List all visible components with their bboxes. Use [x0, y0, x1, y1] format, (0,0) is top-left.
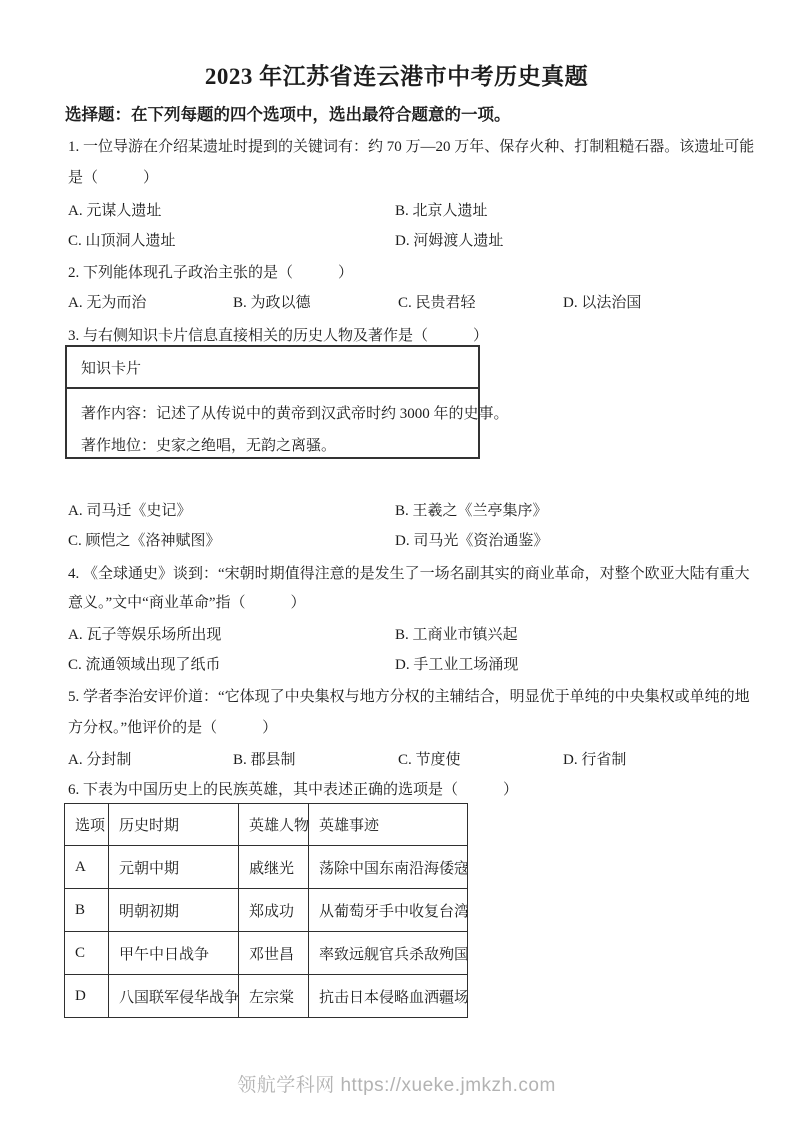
question-4-option-d: D. 手工业工场涌现	[395, 655, 518, 675]
question-5-option-a: A. 分封制	[68, 750, 131, 770]
question-2-option-d: D. 以法治国	[563, 293, 641, 313]
site-watermark: 领航学科网 https://xueke.jmkzh.com	[0, 1070, 793, 1097]
heroes-table-header-option: 选项	[65, 804, 109, 846]
question-1-option-d: D. 河姆渡人遗址	[395, 231, 503, 251]
table-cell: 明朝初期	[109, 889, 239, 932]
table-cell: 左宗棠	[239, 975, 309, 1018]
question-1-text-line-2: 是（ ）	[68, 168, 158, 188]
knowledge-card-title: 知识卡片	[67, 347, 478, 389]
knowledge-card: 知识卡片 著作内容：记述了从传说中的黄帝到汉武帝时约 3000 年的史事。 著作…	[65, 345, 480, 459]
exam-page: 2023 年江苏省连云港市中考历史真题 选择题：在下列每题的四个选项中，选出最符…	[0, 0, 793, 1122]
heroes-table-header-row: 选项 历史时期 英雄人物 英雄事迹	[65, 804, 468, 846]
heroes-table-row-a: A 元朝中期 戚继光 荡除中国东南沿海倭寇	[65, 846, 468, 889]
table-cell: 从葡萄牙手中收复台湾	[309, 889, 468, 932]
knowledge-card-status-line: 著作地位：史家之绝唱，无韵之离骚。	[81, 430, 464, 462]
question-5-text-line-2: 方分权。”他评价的是（ ）	[68, 718, 277, 738]
table-cell: 率致远舰官兵杀敌殉国	[309, 932, 468, 975]
table-cell: 邓世昌	[239, 932, 309, 975]
question-5-option-b: B. 郡县制	[233, 750, 296, 770]
heroes-table-header-hero: 英雄人物	[239, 804, 309, 846]
table-cell: C	[65, 932, 109, 975]
question-4-text-line-1: 4. 《全球通史》谈到：“宋朝时期值得注意的是发生了一场名副其实的商业革命，对整…	[68, 564, 750, 584]
question-5-option-c: C. 节度使	[398, 750, 461, 770]
table-cell: 抗击日本侵略血洒疆场	[309, 975, 468, 1018]
section-instruction: 选择题：在下列每题的四个选项中，选出最符合题意的一项。	[65, 101, 511, 125]
question-1-option-c: C. 山顶洞人遗址	[68, 231, 176, 251]
question-3-option-d: D. 司马光《资治通鉴》	[395, 531, 548, 551]
heroes-table-header-period: 历史时期	[109, 804, 239, 846]
question-1-option-b: B. 北京人遗址	[395, 201, 488, 221]
heroes-table-row-d: D 八国联军侵华战争 左宗棠 抗击日本侵略血洒疆场	[65, 975, 468, 1018]
question-5-option-d: D. 行省制	[563, 750, 626, 770]
table-cell: 荡除中国东南沿海倭寇	[309, 846, 468, 889]
knowledge-card-content-line: 著作内容：记述了从传说中的黄帝到汉武帝时约 3000 年的史事。	[81, 398, 464, 430]
knowledge-card-body: 著作内容：记述了从传说中的黄帝到汉武帝时约 3000 年的史事。 著作地位：史家…	[67, 389, 478, 462]
question-3-text: 3. 与右侧知识卡片信息直接相关的历史人物及著作是（ ）	[68, 326, 488, 346]
question-4-text-line-2: 意义。”文中“商业革命”指（ ）	[68, 593, 305, 613]
table-cell: 郑成功	[239, 889, 309, 932]
table-cell: 八国联军侵华战争	[109, 975, 239, 1018]
question-6-text: 6. 下表为中国历史上的民族英雄，其中表述正确的选项是（ ）	[68, 780, 518, 800]
question-3-option-a: A. 司马迁《史记》	[68, 501, 191, 521]
heroes-table: 选项 历史时期 英雄人物 英雄事迹 A 元朝中期 戚继光 荡除中国东南沿海倭寇 …	[64, 803, 468, 1018]
question-1-text-line-1: 1. 一位导游在介绍某遗址时提到的关键词有：约 70 万—20 万年、保存火种、…	[68, 137, 754, 157]
table-cell: B	[65, 889, 109, 932]
question-2-option-b: B. 为政以德	[233, 293, 311, 313]
table-cell: A	[65, 846, 109, 889]
question-2-option-a: A. 无为而治	[68, 293, 146, 313]
table-cell: 戚继光	[239, 846, 309, 889]
table-cell: D	[65, 975, 109, 1018]
question-1-option-a: A. 元谋人遗址	[68, 201, 161, 221]
question-4-option-b: B. 工商业市镇兴起	[395, 625, 518, 645]
table-cell: 元朝中期	[109, 846, 239, 889]
question-4-option-c: C. 流通领域出现了纸币	[68, 655, 221, 675]
question-3-option-b: B. 王羲之《兰亭集序》	[395, 501, 548, 521]
heroes-table-row-b: B 明朝初期 郑成功 从葡萄牙手中收复台湾	[65, 889, 468, 932]
question-2-text: 2. 下列能体现孔子政治主张的是（ ）	[68, 263, 353, 283]
heroes-table-row-c: C 甲午中日战争 邓世昌 率致远舰官兵杀敌殉国	[65, 932, 468, 975]
question-4-option-a: A. 瓦子等娱乐场所出现	[68, 625, 221, 645]
page-title: 2023 年江苏省连云港市中考历史真题	[0, 58, 793, 91]
question-2-option-c: C. 民贵君轻	[398, 293, 476, 313]
heroes-table-header-deeds: 英雄事迹	[309, 804, 468, 846]
question-3-option-c: C. 顾恺之《洛神赋图》	[68, 531, 221, 551]
table-cell: 甲午中日战争	[109, 932, 239, 975]
question-5-text-line-1: 5. 学者李治安评价道：“它体现了中央集权与地方分权的主辅结合，明显优于单纯的中…	[68, 687, 750, 707]
